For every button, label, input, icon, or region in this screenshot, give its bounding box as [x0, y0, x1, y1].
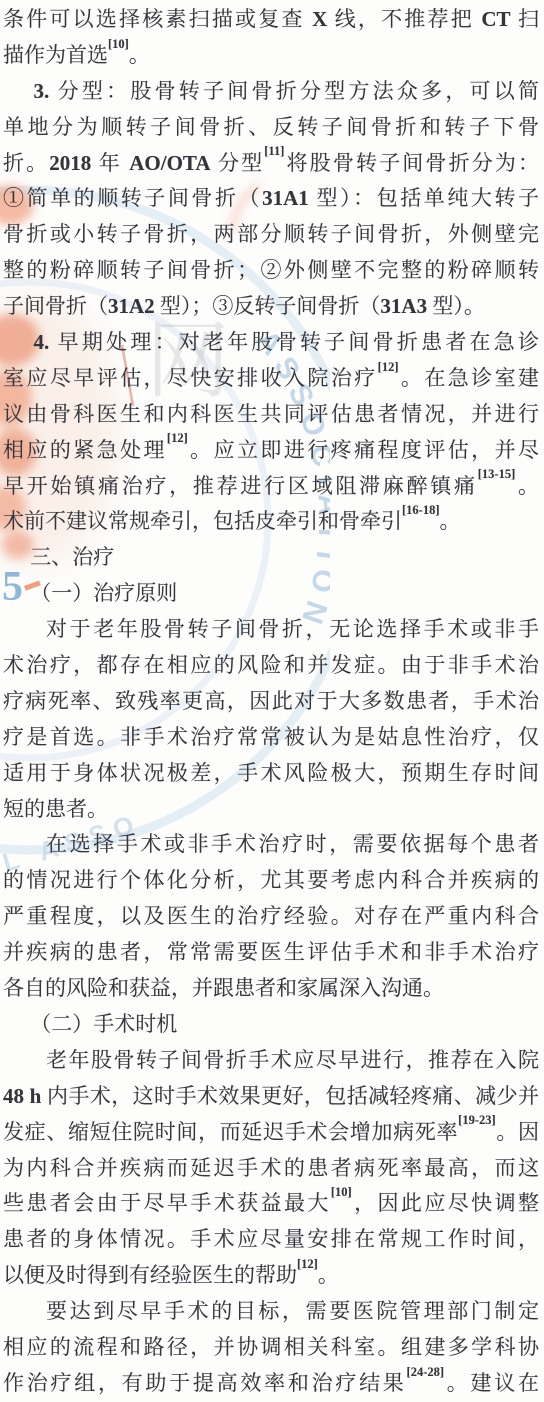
text-run: 内手术，这时手术效果更好，包括减轻疼痛、减少并 [41, 1084, 539, 1108]
bold-text: CT [481, 7, 510, 31]
text-line: 患者的身体情况。手术应尽量安排在常规工作时间， [3, 1222, 539, 1258]
text-run: 折。 [3, 151, 49, 175]
citation-ref: [10] [331, 1185, 352, 1199]
text-line: 室应尽早评估，尽快安排收入院治疗[12]。在急诊室建 [3, 361, 539, 397]
text-run: 。建议在 [444, 1371, 539, 1395]
text-run: 相应的流程和路径，并协调相关科室。组建多学科协 [3, 1335, 539, 1359]
text-run: 扫 [511, 7, 539, 31]
scanned-document-page: ASSOCIATION 5 网 L ASSO 条件可以选择核素扫描或复查 X 线… [0, 0, 544, 1402]
text-line: 各自的风险和获益，并跟患者和家属深入沟通。 [3, 971, 539, 1007]
text-line: 单地分为顺转子间骨折、反转子间骨折和转子下骨 [3, 110, 539, 146]
text-run: 疗病死率、致残率更高，因此对于大多数患者，手术治 [3, 689, 539, 713]
text-run: 些患者会由于尽早手术获益最大 [3, 1191, 331, 1215]
text-run: 发症、缩短住院时间，而延迟手术会增加病死率 [3, 1120, 458, 1144]
text-line: 三、治疗 [3, 540, 539, 576]
text-run: 。 [515, 474, 539, 498]
text-run: 。 [318, 1263, 339, 1287]
text-line: 术前不建议常规牵引，包括皮牵引和骨牵引[16-18]。 [3, 504, 539, 540]
text-line: （一）治疗原则 [3, 576, 539, 612]
text-run: ①简单的顺转子间骨折（ [3, 186, 262, 210]
citation-ref: [24-28] [407, 1365, 445, 1379]
text-line: 发症、缩短住院时间，而延迟手术会增加病死率[19-23]。因 [3, 1115, 539, 1151]
bold-text: X [312, 7, 327, 31]
text-line: 48 h 内手术，这时手术效果更好，包括减轻疼痛、减少并 [3, 1079, 539, 1115]
text-line: 严重程度，以及医生的治疗经验。对存在严重内科合 [3, 899, 539, 935]
text-run: 以便及时得到有经验医生的帮助 [3, 1263, 297, 1287]
text-run: 子间骨折（ [3, 294, 108, 318]
text-line: 议由骨科医生和内科医生共同评估患者情况，并进行 [3, 397, 539, 433]
text-line: 并疾病的患者，常常需要医生评估手术和非手术治疗 [3, 935, 539, 971]
text-run: 为内科合并疾病而延迟手术的患者病死率最高，而这 [3, 1156, 539, 1180]
text-line: 折。2018 年 AO/OTA 分型[11]将股骨转子间骨折分为： [3, 146, 539, 182]
text-line: 3. 分型：股骨转子间骨折分型方法众多，可以简 [3, 74, 539, 110]
text-run: 术治疗，都存在相应的风险和并发症。由于非手术治 [3, 653, 539, 677]
text-run: 型）。 [427, 294, 485, 318]
text-line: 老年股骨转子间骨折手术应尽早进行，推荐在入院 [3, 1043, 539, 1079]
text-run: ，因此应尽快调整 [352, 1191, 539, 1215]
text-line: ①简单的顺转子间骨折（31A1 型）：包括单纯大转子 [3, 181, 539, 217]
text-run: 短的患者。 [3, 797, 108, 821]
text-line: 对于老年股骨转子间骨折，无论选择手术或非手 [3, 612, 539, 648]
text-line: 相应的紧急处理[12]。应立即进行疼痛程度评估，并尽 [3, 433, 539, 469]
citation-ref: [19-23] [458, 1113, 496, 1127]
text-run: （二）手术时机 [30, 1012, 177, 1036]
text-run: 早期处理：对老年股骨转子间骨折患者在急诊 [49, 330, 539, 354]
text-run: 适用于身体状况极差，手术风险极大，预期生存时间 [3, 761, 539, 785]
text-line: （二）手术时机 [3, 1007, 539, 1043]
text-line: 整的粉碎顺转子间骨折；②外侧壁不完整的粉碎顺转 [3, 253, 539, 289]
text-line: 在选择手术或非手术治疗时，需要依据每个患者 [3, 827, 539, 863]
citation-ref: [16-18] [402, 503, 440, 517]
text-line: 以便及时得到有经验医生的帮助[12]。 [3, 1258, 539, 1294]
text-run: 严重程度，以及医生的治疗经验。对存在严重内科合 [3, 904, 539, 928]
text-line: 子间骨折（31A2 型）；③反转子间骨折（31A3 型）。 [3, 289, 539, 325]
text-run: 条件可以选择核素扫描或复查 [3, 7, 312, 31]
text-line: 描作为首选[10]。 [3, 38, 539, 74]
text-line: 的情况进行个体化分析，尤其要考虑内科合并疾病的 [3, 863, 539, 899]
text-line: 4. 早期处理：对老年股骨转子间骨折患者在急诊 [3, 325, 539, 361]
document-body: 条件可以选择核素扫描或复查 X 线，不推荐把 CT 扫描作为首选[10]。3. … [0, 0, 544, 1402]
text-run: 要达到尽早手术的目标，需要医院管理部门制定 [46, 1299, 539, 1323]
bold-text: 4. [33, 330, 49, 354]
text-run: 线，不推荐把 [327, 7, 481, 31]
text-run: 议由骨科医生和内科医生共同评估患者情况，并进行 [3, 402, 539, 426]
text-line: 为内科合并疾病而延迟手术的患者病死率最高，而这 [3, 1151, 539, 1187]
text-line: 疗是首选。非手术治疗常常被认为是姑息性治疗，仅 [3, 720, 539, 756]
text-line: 短的患者。 [3, 792, 539, 828]
text-run: 术前不建议常规牵引，包括皮牵引和骨牵引 [3, 509, 402, 533]
text-run: 单地分为顺转子间骨折、反转子间骨折和转子下骨 [3, 115, 539, 139]
text-run: 作治疗组，有助于提高效率和治疗结果 [3, 1371, 407, 1395]
text-run: 整的粉碎顺转子间骨折；②外侧壁不完整的粉碎顺转 [3, 258, 539, 282]
text-run: 各自的风险和获益，并跟患者和家属深入沟通。 [3, 976, 444, 1000]
text-run: 。在急诊室建 [399, 366, 540, 390]
text-run: （一）治疗原则 [30, 581, 177, 605]
text-line: 早开始镇痛治疗，推荐进行区域阻滞麻醉镇痛[13-15]。 [3, 469, 539, 505]
text-run: 三、治疗 [30, 545, 114, 569]
bold-text: 3. [33, 79, 49, 103]
citation-ref: [12] [378, 360, 399, 374]
text-run: 分型：股骨转子间骨折分型方法众多，可以简 [49, 79, 539, 103]
text-run: 型）：包括单纯大转子 [309, 186, 539, 210]
text-line: 些患者会由于尽早手术获益最大[10]，因此应尽快调整 [3, 1186, 539, 1222]
citation-ref: [12] [297, 1257, 318, 1271]
text-run: 对于老年股骨转子间骨折，无论选择手术或非手 [46, 617, 539, 641]
bold-text: 48 h [3, 1084, 41, 1108]
text-line: 作治疗组，有助于提高效率和治疗结果[24-28]。建议在 [3, 1366, 539, 1402]
text-line: 适用于身体状况极差，手术风险极大，预期生存时间 [3, 756, 539, 792]
text-run: 。因 [496, 1120, 539, 1144]
text-line: 术治疗，都存在相应的风险和并发症。由于非手术治 [3, 648, 539, 684]
text-run: 相应的紧急处理 [3, 438, 167, 462]
text-run: 患者的身体情况。手术应尽量安排在常规工作时间， [3, 1227, 539, 1251]
text-run: 描作为首选 [3, 43, 108, 67]
citation-ref: [13-15] [478, 467, 516, 481]
bold-text: AO/OTA [129, 151, 210, 175]
text-line: 疗病死率、致残率更高，因此对于大多数患者，手术治 [3, 684, 539, 720]
text-line: 相应的流程和路径，并协调相关科室。组建多学科协 [3, 1330, 539, 1366]
citation-ref: [12] [167, 431, 188, 445]
text-run: 型）；③反转子间骨折（ [155, 294, 381, 318]
citation-ref: [11] [264, 144, 284, 158]
text-run: 在选择手术或非手术治疗时，需要依据每个患者 [46, 832, 539, 856]
text-line: 骨折或小转子骨折，两部分顺转子间骨折，外侧壁完 [3, 217, 539, 253]
text-run: 分型 [211, 151, 265, 175]
text-run: 早开始镇痛治疗，推荐进行区域阻滞麻醉镇痛 [3, 474, 478, 498]
bold-text: 2018 [49, 151, 91, 175]
text-run: 将股骨转子间骨折分为： [284, 151, 539, 175]
bold-text: 31A3 [380, 294, 427, 318]
text-run: 。 [440, 509, 461, 533]
text-run: 的情况进行个体化分析，尤其要考虑内科合并疾病的 [3, 868, 539, 892]
text-run: 并疾病的患者，常常需要医生评估手术和非手术治疗 [3, 940, 539, 964]
text-run: 。 [129, 43, 150, 67]
bold-text: 31A2 [108, 294, 155, 318]
text-run: 老年股骨转子间骨折手术应尽早进行，推荐在入院 [46, 1048, 539, 1072]
text-run: 。应立即进行疼痛程度评估，并尽 [188, 438, 539, 462]
bold-text: 31A1 [262, 186, 309, 210]
text-run: 室应尽早评估，尽快安排收入院治疗 [3, 366, 378, 390]
text-run: 年 [91, 151, 129, 175]
text-line: 条件可以选择核素扫描或复查 X 线，不推荐把 CT 扫 [3, 2, 539, 38]
text-run: 骨折或小转子骨折，两部分顺转子间骨折，外侧壁完 [3, 222, 539, 246]
text-line: 要达到尽早手术的目标，需要医院管理部门制定 [3, 1294, 539, 1330]
citation-ref: [10] [108, 37, 129, 51]
text-run: 疗是首选。非手术治疗常常被认为是姑息性治疗，仅 [3, 725, 539, 749]
